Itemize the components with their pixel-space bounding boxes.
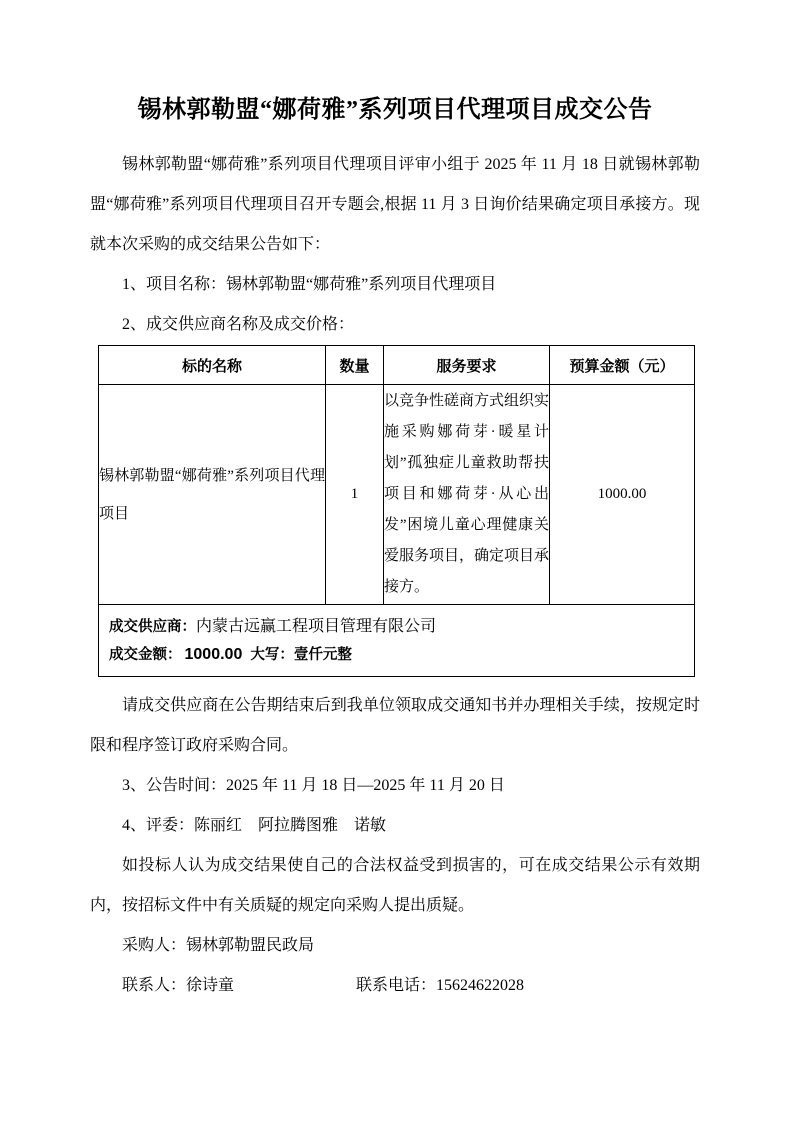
col-header-quantity: 数量 <box>326 346 384 385</box>
col-header-subject-name: 标的名称 <box>99 346 326 385</box>
contact-phone: 联系电话：15624622028 <box>356 977 524 994</box>
cell-quantity: 1 <box>326 385 384 605</box>
award-supplier-line: 成交供应商：内蒙古远赢工程项目管理有限公司 <box>109 613 684 641</box>
col-header-budget-amount: 预算金额（元） <box>550 346 695 385</box>
paragraph-evaluators: 4、评委：陈丽红 阿拉腾图雅 诺敏 <box>90 806 700 846</box>
amount-value: 1000.00 <box>185 646 243 663</box>
document-title: 锡林郭勒盟“娜荷雅”系列项目代理项目成交公告 <box>90 0 700 126</box>
amount-capital-words: 大写：壹仟元整 <box>250 647 352 663</box>
cell-subject-name: 锡林郭勒盟“娜荷雅”系列项目代理项目 <box>99 385 326 605</box>
supplier-name: 内蒙古远赢工程项目管理有限公司 <box>196 618 436 635</box>
paragraph-project-name: 1、项目名称：锡林郭勒盟“娜荷雅”系列项目代理项目 <box>90 265 700 305</box>
table-header-row: 标的名称 数量 服务要求 预算金额（元） <box>99 346 695 385</box>
table-summary-row: 成交供应商：内蒙古远赢工程项目管理有限公司 成交金额：1000.00大写：壹仟元… <box>99 605 695 677</box>
contact-person: 联系人：徐诗童 <box>122 977 234 994</box>
cell-service-requirements: 以竞争性磋商方式组织实施采购娜荷芽·暖星计划”孤独症儿童救助帮扶项目和娜荷芽·从… <box>384 385 550 605</box>
cell-award-summary: 成交供应商：内蒙古远赢工程项目管理有限公司 成交金额：1000.00大写：壹仟元… <box>99 605 695 677</box>
amount-label: 成交金额： <box>109 647 182 663</box>
paragraph-supplier-price-heading: 2、成交供应商名称及成交价格： <box>90 305 700 345</box>
award-amount-line: 成交金额：1000.00大写：壹仟元整 <box>109 641 684 669</box>
award-table: 标的名称 数量 服务要求 预算金额（元） 锡林郭勒盟“娜荷雅”系列项目代理项目 … <box>98 345 695 677</box>
paragraph-intro: 锡林郭勒盟“娜荷雅”系列项目代理项目评审小组于 2025 年 11 月 18 日… <box>90 145 700 265</box>
document-page: 锡林郭勒盟“娜荷雅”系列项目代理项目成交公告 锡林郭勒盟“娜荷雅”系列项目代理项… <box>0 0 793 1122</box>
col-header-service-requirements: 服务要求 <box>384 346 550 385</box>
paragraph-notice: 请成交供应商在公告期结束后到我单位领取成交通知书并办理相关手续，按规定时限和程序… <box>90 686 700 766</box>
table-row: 锡林郭勒盟“娜荷雅”系列项目代理项目 1 以竞争性磋商方式组织实施采购娜荷芽·暖… <box>99 385 695 605</box>
paragraph-purchaser: 采购人：锡林郭勒盟民政局 <box>90 926 700 966</box>
cell-budget-amount: 1000.00 <box>550 385 695 605</box>
paragraph-contact: 联系人：徐诗童联系电话：15624622028 <box>90 966 700 1006</box>
paragraph-objection: 如投标人认为成交结果使自己的合法权益受到损害的，可在成交结果公示有效期内，按招标… <box>90 846 700 926</box>
supplier-label: 成交供应商： <box>109 619 196 635</box>
paragraph-announcement-period: 3、公告时间：2025 年 11 月 18 日—2025 年 11 月 20 日 <box>90 766 700 806</box>
